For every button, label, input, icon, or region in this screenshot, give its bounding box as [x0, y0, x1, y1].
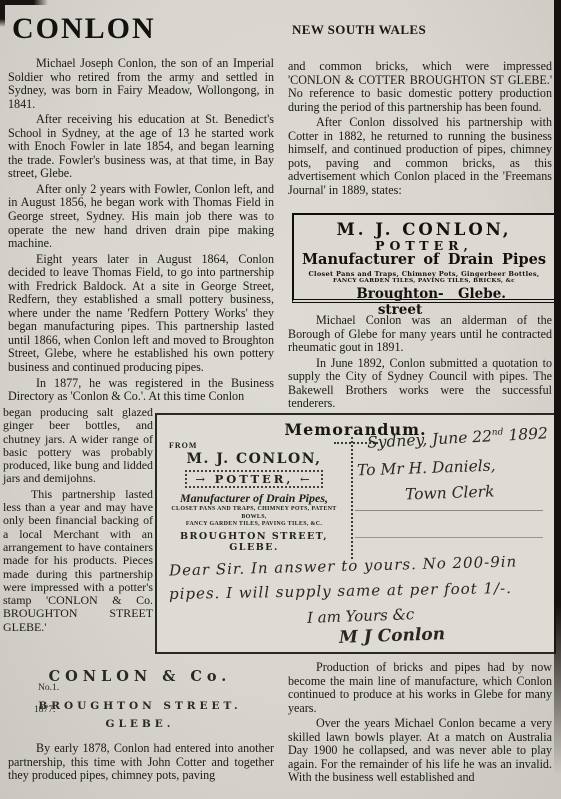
paragraph-salt-glazed: began producing salt glazed ginger beer …	[3, 406, 153, 486]
memo-closing: I am Yours &c	[307, 605, 415, 627]
scanned-book-page: CONLON NEW SOUTH WALES Michael Joseph Co…	[0, 0, 561, 799]
potters-stamp-illustration: CONLON & Co. No.1. 1877. BROUGHTON STREE…	[12, 668, 268, 734]
memo-sender-address: BROUGHTON STREET, GLEBE.	[163, 531, 345, 553]
left-column-bottom: By early 1878, Conlon had entered into a…	[8, 742, 274, 785]
stamp-street: BROUGHTON STREET.	[12, 700, 268, 712]
paragraph-conlon-birth: Michael Joseph Conlon, the son of an Imp…	[8, 57, 274, 111]
memo-ruled-line	[355, 510, 543, 511]
ad-products-line2: FANCY GARDEN TILES, PAVING TILES, BRICKS…	[294, 278, 554, 285]
memo-occupation: POTTER,	[185, 470, 322, 488]
paragraph-cotter-partnership: By early 1878, Conlon had entered into a…	[8, 742, 274, 783]
memo-recipient: To Mr H. Daniels,	[357, 457, 496, 480]
newspaper-advertisement: M. J. CONLON, POTTER, Manufacturer of Dr…	[292, 213, 556, 303]
paragraph-redfern-pottery: Eight years later in August 1864, Conlon…	[8, 253, 274, 375]
ad-products-line1: Closet Pans and Traps, Chimney Pots, Gin…	[294, 270, 554, 278]
paragraph-lawn-bowls: Over the years Michael Conlon became a v…	[288, 717, 552, 785]
left-column: Michael Joseph Conlon, the son of an Imp…	[8, 57, 274, 406]
paragraph-common-bricks: and common bricks, which were impressed …	[288, 60, 552, 114]
memo-date-year: 1892	[508, 424, 548, 444]
paragraph-quotation: In June 1892, Conlon submitted a quotati…	[288, 357, 552, 411]
ad-name: M. J. CONLON,	[294, 220, 554, 239]
paragraph-partnership-stamp: This partnership lasted less than a year…	[3, 488, 153, 634]
memo-subtitle: Manufacturer of Drain Pipes,	[163, 491, 345, 506]
paragraph-education: After receiving his education at St. Ben…	[8, 113, 274, 181]
memo-from-label: FROM	[169, 441, 197, 450]
memo-date-ordinal: nd	[492, 427, 504, 438]
memo-products-line2: Fancy Garden Tiles, Paving Tiles, &c.	[163, 521, 345, 529]
paragraph-production: Production of bricks and pipes had by no…	[288, 661, 552, 715]
memo-ruled-line	[355, 537, 543, 538]
memo-body-line2: pipes. I will supply same at per foot 1/…	[169, 579, 512, 603]
right-column-bottom: Production of bricks and pipes had by no…	[288, 661, 552, 787]
left-narrow-column: began producing salt glazed ginger beer …	[3, 406, 153, 636]
memo-sender-name: M. J. CONLON,	[163, 451, 345, 467]
region-header: NEW SOUTH WALES	[292, 22, 426, 38]
scan-edge-right	[554, 0, 561, 775]
scan-edge-top	[0, 0, 48, 5]
memorandum-letter: Memorandum. FROM M. J. CONLON, POTTER, M…	[155, 413, 556, 654]
paragraph-alderman: Michael Conlon was an alderman of the Bo…	[288, 314, 552, 355]
ad-subtitle: Manufacturer of Drain Pipes	[294, 252, 554, 268]
right-column-top: and common bricks, which were impressed …	[288, 60, 552, 199]
memo-body-line1: Dear Sir. In answer to yours. No 200-9in	[169, 552, 518, 579]
right-column-middle: Michael Conlon was an alderman of the Bo…	[288, 314, 552, 413]
stamp-number: No.1.	[38, 683, 59, 693]
paragraph-dissolved-partnership: After Conlon dissolved his partnership w…	[288, 116, 552, 197]
stamp-suburb: GLEBE.	[12, 718, 268, 730]
paragraph-thomas-field: After only 2 years with Fowler, Conlon l…	[8, 183, 274, 251]
memo-signature: M J Conlon	[339, 624, 446, 648]
page-title: CONLON	[12, 12, 156, 46]
memo-vertical-divider	[351, 437, 353, 559]
memo-products-line1: Closet Pans and Traps, Chimney Pots, Pat…	[163, 506, 345, 521]
memo-recipient-title: Town Clerk	[405, 482, 495, 503]
scan-edge-left	[0, 0, 5, 27]
memo-letterhead: FROM M. J. CONLON, POTTER, Manufacturer …	[163, 445, 345, 553]
paragraph-1877-registration: In 1877, he was registered in the Busine…	[8, 377, 274, 404]
